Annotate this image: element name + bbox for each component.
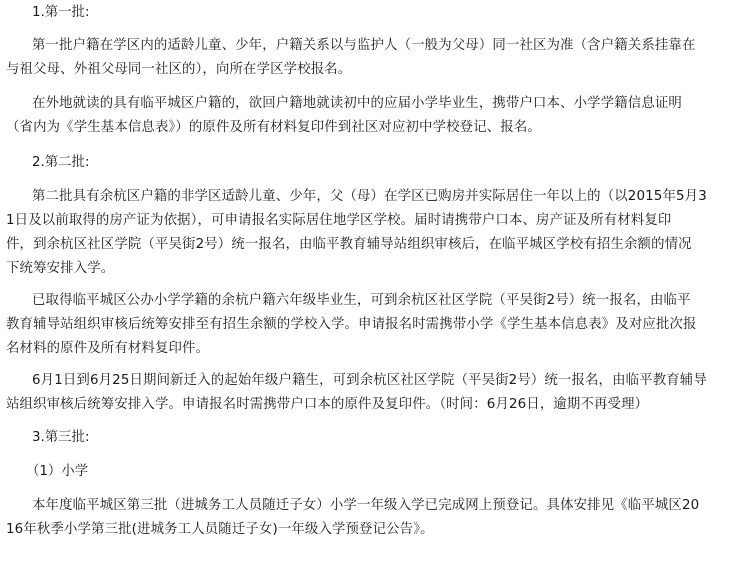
paragraph-batch-1-out-of-town: 在外地就读的具有临平城区户籍的，欲回户籍地就读初中的应届小学毕业生，携带户口本、… <box>6 92 728 140</box>
text-line: 第一批户籍在学区内的适龄儿童、少年，户籍关系以与监护人（一般为父母）同一社区为准… <box>6 34 728 58</box>
paragraph-batch-1-eligibility: 第一批户籍在学区内的适龄儿童、少年，户籍关系以与监护人（一般为父母）同一社区为准… <box>6 34 728 82</box>
text-line: 与祖父母、外祖父母同一社区的），向所在学区学校报名。 <box>6 58 728 82</box>
text-line: 教育辅导站组织审核后统筹安排至有招生余额的学校入学。申请报名时需携带小学《学生基… <box>6 313 728 337</box>
text-line: 件，到余杭区社区学院（平吴街2号）统一报名，由临平教育辅导站组织审核后，在临平城… <box>6 233 728 257</box>
document-page: 1.第一批: 第一批户籍在学区内的适龄儿童、少年，户籍关系以与监护人（一般为父母… <box>0 0 735 570</box>
text-line: 第二批具有余杭区户籍的非学区适龄儿童、少年，父（母）在学区已购房并实际居住一年以… <box>6 185 728 209</box>
paragraph-batch-2-graduates: 已取得临平城区公办小学学籍的余杭户籍六年级毕业生，可到余杭区社区学院（平吴街2号… <box>6 289 728 361</box>
text-line: 名材料的原件及所有材料复印件。 <box>6 337 728 361</box>
text-line: 本年度临平城区第三批（进城务工人员随迁子女）小学一年级入学已完成网上预登记。具体… <box>6 494 728 518</box>
paragraph-batch-3-primary: 本年度临平城区第三批（进城务工人员随迁子女）小学一年级入学已完成网上预登记。具体… <box>6 494 728 542</box>
text-line: 16年秋季小学第三批(进城务工人员随迁子女)一年级入学预登记公告》。 <box>6 518 728 542</box>
subheading-primary-school: （1）小学 <box>26 460 88 484</box>
text-line: 在外地就读的具有临平城区户籍的，欲回户籍地就读初中的应届小学毕业生，携带户口本、… <box>6 92 728 116</box>
section-heading-batch-2: 2.第二批: <box>32 151 89 175</box>
section-heading-batch-3: 3.第三批: <box>32 426 89 450</box>
text-line: 6月1日到6月25日期间新迁入的起始年级户籍生，可到余杭区社区学院（平吴街2号）… <box>6 369 728 393</box>
text-line: （省内为《学生基本信息表》）的原件及所有材料复印件到社区对应初中学校登记、报名。 <box>6 116 728 140</box>
text-line: 下统筹安排入学。 <box>6 257 728 281</box>
text-line: 已取得临平城区公办小学学籍的余杭户籍六年级毕业生，可到余杭区社区学院（平吴街2号… <box>6 289 728 313</box>
text-line: 1日及以前取得的房产证为依据），可申请报名实际居住地学区学校。届时请携带户口本、… <box>6 209 728 233</box>
text-line: 站组织审核后统筹安排入学。申请报名时需携带户口本的原件及复印件。（时间：6月26… <box>6 393 728 417</box>
section-heading-batch-1: 1.第一批: <box>32 1 89 25</box>
paragraph-batch-2-eligibility: 第二批具有余杭区户籍的非学区适龄儿童、少年，父（母）在学区已购房并实际居住一年以… <box>6 185 728 281</box>
paragraph-batch-2-new-residents: 6月1日到6月25日期间新迁入的起始年级户籍生，可到余杭区社区学院（平吴街2号）… <box>6 369 728 417</box>
